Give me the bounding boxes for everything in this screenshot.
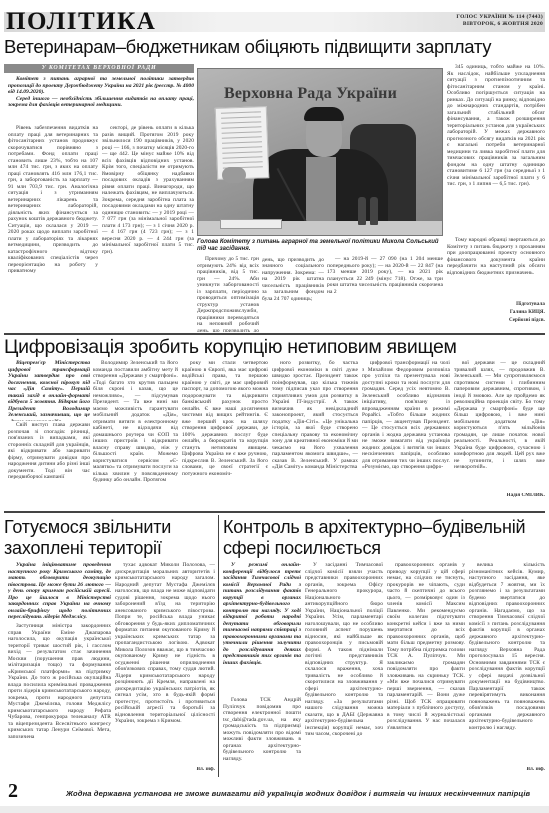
article4-col-3: велика кількість різноманітних кейсів. К… <box>469 562 545 766</box>
article1-col-4: — на 2019-й — 27 090 (на 1 204 менше поп… <box>327 256 443 332</box>
section-title: ПОЛІТИКА <box>6 9 156 35</box>
article1-lead-1: Комітет з питань аграрної та земельної п… <box>8 76 194 96</box>
article1-col-2: секторі, де рівень оплати в кілька разів… <box>102 125 194 332</box>
article3-col-1: Заступниця міністра закордонних справ Ук… <box>8 623 111 773</box>
article2-col-4: ного розвитку, бо частка цифрової економ… <box>272 360 358 502</box>
article1-lead-2: Серед іншого — необхідність збільшення в… <box>8 96 194 109</box>
article1-col-3-text: Причому до 5 тис. грн отримують 24% від … <box>197 256 259 332</box>
article4-col-3-text: велика кількість різноманітних кейсів. К… <box>469 562 545 731</box>
article1-signature: Підготувала Галина КИЦЯ. Серйозні підсв. <box>447 301 545 333</box>
article4-col-2-text: правоохоронних органів у приводу корупці… <box>387 562 465 731</box>
article2-col-4-text: ного розвитку, бо частка цифрової економ… <box>272 360 358 471</box>
newspaper-page: ПОЛІТИКА ГОЛОС УКРАЇНИ № 114 (7443) ВІВТ… <box>0 0 549 813</box>
photo-caption: Голова Комітету з питань аграрної та зем… <box>197 239 443 254</box>
article4-lead-text: У режимі онлайн-конференції відбулося тр… <box>223 562 301 666</box>
photo-bottle <box>358 197 366 225</box>
article3-lead: Україна ініціюватиме проведення наступно… <box>8 562 111 622</box>
article4-lead-cont-text: Голова ТСК Андрій Пуліпчук повідомив про… <box>223 697 301 762</box>
article1-col-3b-text: Причому до 5 тис. грн отримують 24% від … <box>262 256 324 302</box>
divider <box>4 333 545 335</box>
article1-headline: Ветеринарам–бюджетникам обіцяють підвищи… <box>4 36 491 57</box>
issue-date: ВІВТОРОК, 6 ЖОВТНЯ 2020 <box>456 21 543 28</box>
article4-lead: У режимі онлайн-конференції відбулося тр… <box>223 562 301 696</box>
photo-hand <box>222 167 246 183</box>
article1-col-5-text: 345 одиниць, тобто майже на 10%. Як насл… <box>447 64 545 188</box>
article2-col-6: вої держави — це складний тривалий шлях,… <box>454 360 545 492</box>
column-divider <box>218 515 219 777</box>
photo-person-hair <box>304 107 344 121</box>
article2-col-3: року ми стали четвертою країною в Європі… <box>182 360 268 502</box>
article1-col-2-text: секторі, де рівень оплати в кілька разів… <box>102 125 194 255</box>
article2-lead-text: Віцепрем'єр Міністерства цифрової трансф… <box>8 360 90 421</box>
bottom-strip <box>0 806 549 813</box>
article2-col-5-text: цифрової трансформації на чолі з Михайло… <box>362 360 450 471</box>
article1-col-5-end-text: Тому народні обранці звертаються до Комі… <box>447 237 545 276</box>
article3-signature: Вл. інф. <box>115 767 215 775</box>
article2-headline: Цифровізація зробить корупцію нетиповим … <box>4 336 457 358</box>
article2-lead: Віцепрем'єр Міністерства цифрової трансф… <box>8 360 90 421</box>
article4-col-1: У засіданні Тимчасової слідчої комісії в… <box>305 562 383 775</box>
article3-col-2-text: тухає адвокат Миколи Полозова, — дискред… <box>115 562 215 725</box>
article4-headline: Контроль в архітектурно–будівельній сфер… <box>223 517 545 559</box>
article3-headline: Готуємося звільнити захоплені території <box>4 517 214 559</box>
article2-col-1-text: Свій виступ глава держави розпочав зі сп… <box>8 422 90 481</box>
article1-col-1-text: Рівень забезпечення видатків на оплату п… <box>8 125 98 275</box>
signature-name: Галина КИЦЯ. <box>447 309 545 317</box>
article2-col-5: цифрової трансформації на чолі з Михайло… <box>362 360 450 502</box>
divider <box>4 511 545 513</box>
article1-photo: Верховна Рада України <box>197 68 443 236</box>
article2-col-2-text: Володимир Зеленський та його команда пос… <box>93 360 178 484</box>
article1-col-3: Причому до 5 тис. грн отримують 24% від … <box>197 256 259 332</box>
article2-signature: Надія СМІЛИК. <box>454 493 545 502</box>
article1-lead: Комітет з питань аграрної та земельної п… <box>8 76 194 109</box>
article2-col-2: Володимир Зеленський та його команда пос… <box>93 360 178 502</box>
article4-col-1-text: У засіданні Тимчасової слідчої комісії в… <box>305 562 383 738</box>
page-number: 2 <box>8 780 18 803</box>
photo-person-shirt <box>306 157 336 227</box>
article4-col-2: правоохоронних органів у приводу корупці… <box>387 562 465 775</box>
article2-col-3-text: року ми стали четвертою країною в Європі… <box>182 360 268 477</box>
newspaper-issue: ГОЛОС УКРАЇНИ № 114 (7443) <box>456 14 543 21</box>
signature-source: Серйозні підсв. <box>447 317 545 325</box>
article2-col-6-text: вої держави — це складний тривалий шлях,… <box>454 360 545 471</box>
article3-col-1-text: Заступниця міністра закордонних справ Ук… <box>8 623 111 740</box>
article2-col-1: Свій виступ глава держави розпочав зі сп… <box>8 422 90 502</box>
article1-rubric: У КОМІТЕТАХ ВЕРХОВНОЇ РАДИ <box>4 64 194 73</box>
photo-bottle <box>370 197 378 225</box>
article3-lead-text: Україна ініціюватиме проведення наступно… <box>8 562 111 621</box>
article3-col-2: тухає адвокат Миколи Полозова, — дискред… <box>115 562 215 767</box>
article1-col-4-text: — на 2019-й — 27 090 (на 1 204 менше поп… <box>327 256 443 295</box>
masthead: ГОЛОС УКРАЇНИ № 114 (7443) ВІВТОРОК, 6 Ж… <box>456 14 543 28</box>
photo-nameplate <box>220 219 282 229</box>
article1-col-3b: Причому до 5 тис. грн отримують 24% від … <box>262 256 324 332</box>
article4-lead-cont: Голова ТСК Андрій Пуліпчук повідомив про… <box>223 697 301 775</box>
signature-label: Підготувала <box>447 301 545 309</box>
footer-slogan: Жодна державна установа не зможе вимагат… <box>66 789 530 798</box>
article4-signature: Вл. інф. <box>469 767 545 775</box>
photo-banner-text: Верховна Рада України <box>224 85 397 103</box>
article1-col-5: 345 одиниць, тобто майже на 10%. Як насл… <box>447 64 545 234</box>
article1-col-5-end: Тому народні обранці звертаються до Комі… <box>447 237 545 299</box>
article1-col-1: Рівень забезпечення видатків на оплату п… <box>8 125 98 332</box>
